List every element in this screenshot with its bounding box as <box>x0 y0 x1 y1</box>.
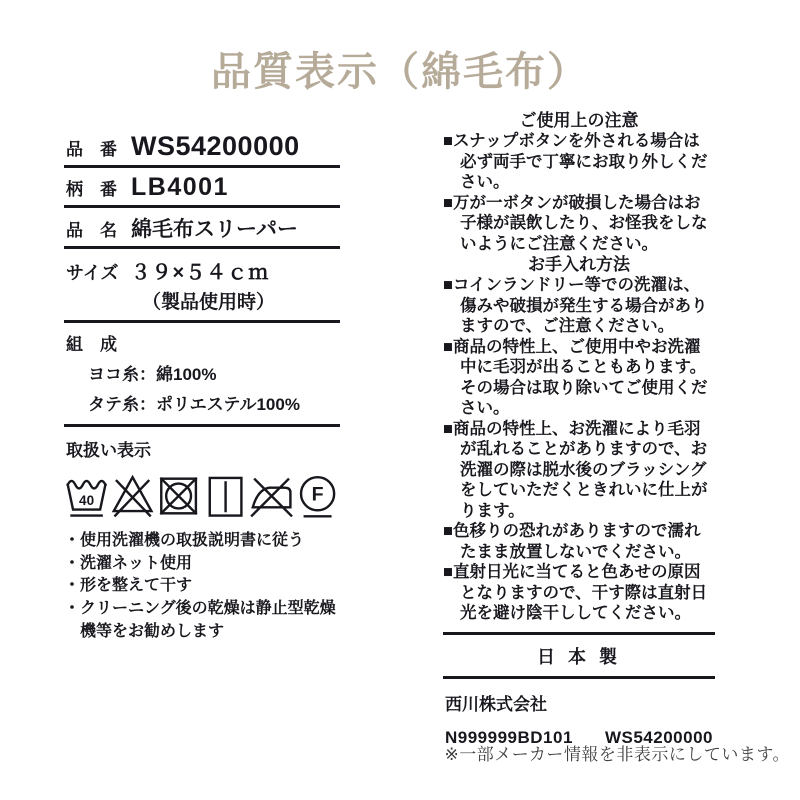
company-name: 西川株式会社 <box>443 679 715 715</box>
composition-warp: タテ糸：ポリエステル100% <box>66 390 340 415</box>
item-number-row: 品 番 WS54200000 <box>64 126 340 168</box>
item-number-label: 品 番 <box>66 135 117 160</box>
care-method-header: お手入れ方法 <box>443 254 715 275</box>
no-bleach-icon <box>110 465 155 527</box>
no-tumble-dry-icon <box>156 465 201 527</box>
care-symbols-row: 40 F <box>64 465 340 527</box>
origin-section: 日 本 製 西川株式会社 N999999BD101 WS54200000 <box>443 632 715 748</box>
made-in-label: 日 本 製 <box>443 635 715 679</box>
care-method-item: ■商品の特性上、お洗濯により毛羽が乱れることがありますので、お洗濯の際は脱水後の… <box>443 419 715 522</box>
svg-text:40: 40 <box>79 493 94 508</box>
size-value: ３９×５４ｃｍ <box>131 256 270 285</box>
care-note-item: ・形を整えて干す <box>64 575 340 598</box>
care-notes-list: ・使用洗濯機の取扱説明書に従う ・洗濯ネット使用 ・形を整えて干す ・クリーニン… <box>64 530 340 644</box>
pattern-number-value: LB4001 <box>131 173 229 202</box>
instructions-column: ご使用上の注意 ■スナップボタンを外される場合は必ず両手で丁寧にお取り外しくださ… <box>443 110 715 748</box>
size-section: サイズ ３９×５４ｃｍ （製品使用時） <box>64 249 340 323</box>
care-method-item: ■直射日光に当てると色あせの原因となりますので、干す際は直射日光を避け陰干しして… <box>443 562 715 624</box>
usage-header: ご使用上の注意 <box>443 110 715 131</box>
quality-label-page: 品質表示（綿毛布） 品 番 WS54200000 柄 番 LB4001 品 名 … <box>0 0 800 800</box>
composition-label: 組 成 <box>66 330 340 355</box>
wash-40-gentle-icon: 40 <box>64 465 109 527</box>
product-name-value: 綿毛布スリーパー <box>131 213 298 243</box>
manufacturer-disclaimer: ※一部メーカー情報を非表示にしています。 <box>444 740 790 765</box>
composition-section: 組 成 ヨコ糸：綿100% タテ糸：ポリエステル100% <box>64 323 340 427</box>
care-method-item: ■商品の特性上、ご使用中やお洗濯中に毛羽が出ることもあります。その場合は取り除い… <box>443 337 715 419</box>
no-iron-icon <box>249 465 294 527</box>
product-name-label: 品 名 <box>66 216 117 241</box>
care-note-item: ・クリーニング後の乾燥は静止型乾燥機等をお勧めします <box>64 598 340 643</box>
product-info-column: 品 番 WS54200000 柄 番 LB4001 品 名 綿毛布スリーパー サ… <box>64 126 340 644</box>
size-label: サイズ <box>66 259 119 285</box>
usage-item: ■スナップボタンを外される場合は必ず両手で丁寧にお取り外しください。 <box>443 131 715 193</box>
page-title: 品質表示（綿毛布） <box>0 40 800 97</box>
line-dry-icon <box>203 465 248 527</box>
usage-item: ■万が一ボタンが破損した場合はお子様が誤飲したり、お怪我をしないようにご注意くだ… <box>443 193 715 255</box>
care-symbols-label: 取扱い表示 <box>64 427 340 464</box>
care-method-item: ■色移りの恐れがありますので濡れたまま放置しないでください。 <box>443 521 715 562</box>
item-number-value: WS54200000 <box>131 131 300 162</box>
care-note-item: ・洗濯ネット使用 <box>64 553 340 576</box>
care-method-item: ■コインランドリー等での洗濯は、傷みや破損が発生する場合がありますので、ご注意く… <box>443 275 715 337</box>
dry-clean-petroleum-gentle-icon: F <box>295 465 340 527</box>
pattern-number-label: 柄 番 <box>66 175 117 200</box>
pattern-number-row: 柄 番 LB4001 <box>64 168 340 208</box>
svg-text:F: F <box>311 484 323 506</box>
product-name-row: 品 名 綿毛布スリーパー <box>64 208 340 249</box>
care-note-item: ・使用洗濯機の取扱説明書に従う <box>64 530 340 553</box>
composition-weft: ヨコ糸：綿100% <box>66 360 340 385</box>
size-note: （製品使用時） <box>66 287 340 314</box>
